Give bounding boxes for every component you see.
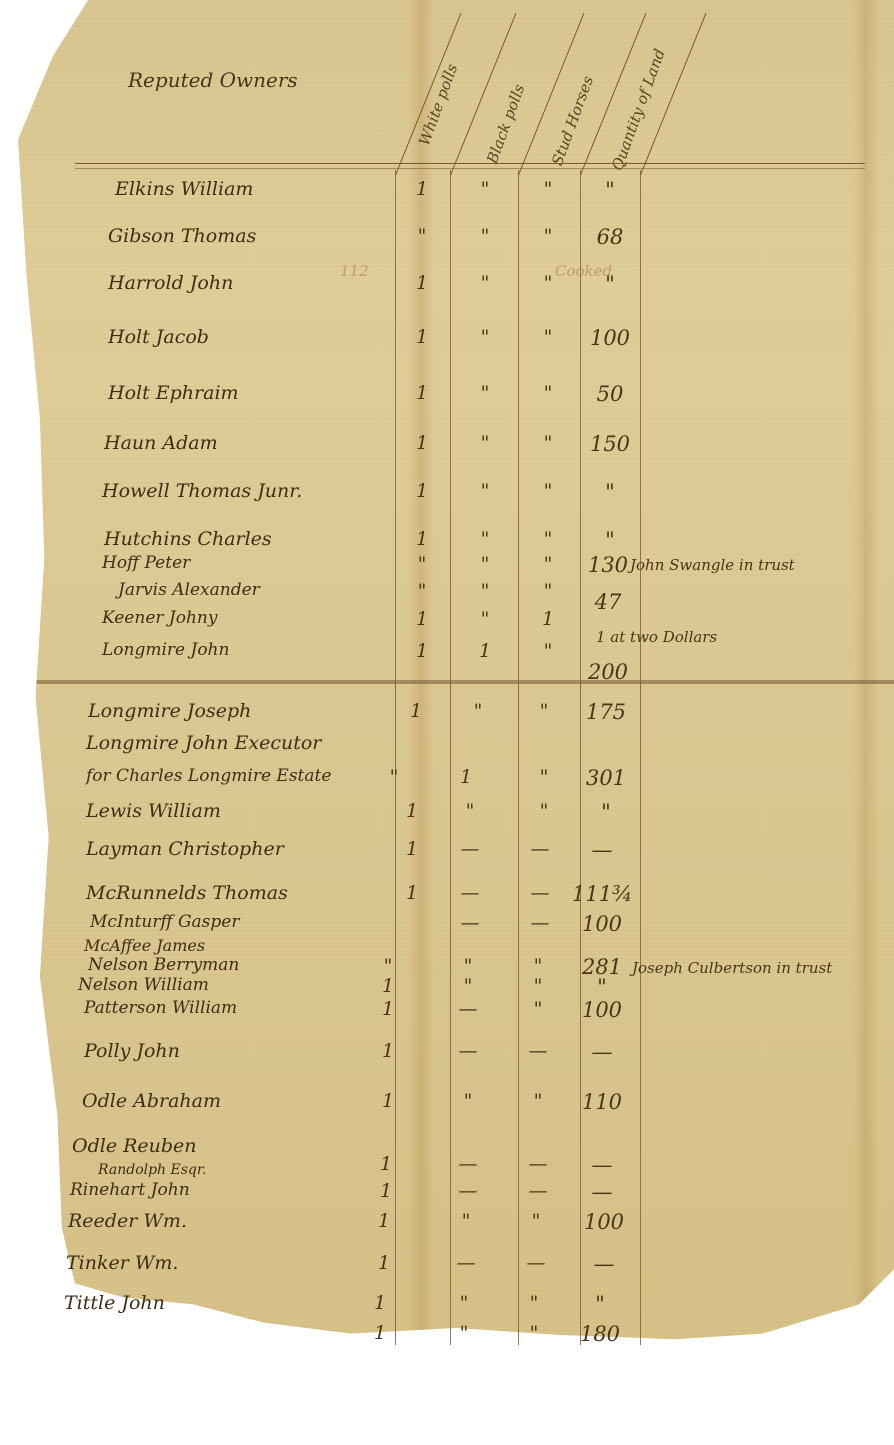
stud-horses: " <box>528 640 568 662</box>
stud-horses: — <box>518 1180 558 1202</box>
land-quantity: 200 <box>578 660 638 684</box>
land-quantity: " <box>580 480 640 504</box>
stud-horses: " <box>514 1322 554 1344</box>
owner-name: Harrold John <box>108 272 233 294</box>
land-quantity: 301 <box>576 766 636 790</box>
white-polls: " <box>374 766 414 788</box>
black-polls: " <box>465 272 505 294</box>
white-polls: 1 <box>360 1322 400 1344</box>
white-polls: 1 <box>402 432 442 454</box>
owner-name: Patterson William <box>84 998 237 1018</box>
black-polls: — <box>448 998 488 1020</box>
owner-name: Hutchins Charles <box>104 528 272 550</box>
land-quantity: " <box>572 975 632 999</box>
ledger-row: Reeder Wm. 1 " " 100 <box>0 1210 894 1240</box>
black-polls: " <box>448 975 488 997</box>
white-polls: 1 <box>402 178 442 200</box>
black-polls: — <box>446 1252 486 1274</box>
owner-name: Layman Christopher <box>86 838 284 860</box>
black-polls: " <box>465 608 505 630</box>
land-quantity: 100 <box>574 1210 634 1234</box>
stud-horses: — <box>520 912 560 934</box>
owner-name: Rinehart John <box>70 1180 190 1200</box>
black-polls: " <box>465 382 505 404</box>
black-polls: " <box>444 1322 484 1344</box>
owner-name: McRunnelds Thomas <box>86 882 288 904</box>
stud-horses: " <box>528 553 568 575</box>
stud-horses: — <box>520 882 560 904</box>
stud-horses: " <box>528 382 568 404</box>
black-polls: " <box>444 1292 484 1314</box>
black-polls: 1 <box>465 640 505 662</box>
title-reputed-owners: Reputed Owners <box>128 68 298 92</box>
ledger-row: Odle Abraham 1 " " 110 <box>0 1090 894 1120</box>
white-polls: 1 <box>360 1292 400 1314</box>
land-quantity: 130 <box>578 553 638 577</box>
land-quantity: 100 <box>580 326 640 350</box>
ledger-row: Hoff Peter " " " 130 John Swangle in tru… <box>0 553 894 583</box>
white-polls: 1 <box>402 326 442 348</box>
black-polls: " <box>448 955 488 977</box>
ledger-row: Tinker Wm. 1 — — — <box>0 1252 894 1282</box>
ledger-row: Keener Johny 1 " 1 1 at two Dollars <box>0 608 894 638</box>
ledger-row: Holt Jacob 1 " " 100 <box>0 326 894 356</box>
white-polls: 1 <box>364 1252 404 1274</box>
ledger-row: McRunnelds Thomas 1 — — 111¾ <box>0 882 894 912</box>
owner-name: Polly John <box>84 1040 180 1062</box>
stud-horses: " <box>528 432 568 454</box>
black-polls: " <box>465 580 505 602</box>
ledger-row: Rinehart John 1 — — — <box>0 1180 894 1210</box>
stud-horses: — <box>516 1252 556 1274</box>
white-polls: 1 <box>366 1180 406 1202</box>
stud-horses: " <box>528 580 568 602</box>
ledger-row: Gibson Thomas " " " 68 <box>0 225 894 255</box>
owner-name: Holt Jacob <box>108 326 209 348</box>
owner-name: Longmire Joseph <box>88 700 251 722</box>
white-polls: 1 <box>364 1210 404 1232</box>
black-polls: — <box>450 838 490 860</box>
white-polls: 1 <box>402 480 442 502</box>
black-polls: " <box>465 553 505 575</box>
owner-name: Lewis William <box>86 800 221 822</box>
ledger-row: for Charles Longmire Estate " 1 " 301 <box>0 766 894 796</box>
stud-horses: " <box>528 326 568 348</box>
ledger-row: Polly John 1 — — — <box>0 1040 894 1070</box>
land-quantity: — <box>572 838 632 862</box>
owner-name: Reeder Wm. <box>68 1210 187 1232</box>
white-polls: 1 <box>392 800 432 822</box>
horizontal-fold <box>18 680 894 684</box>
white-polls: " <box>402 580 442 602</box>
white-polls: " <box>368 955 408 977</box>
trust-note: John Swangle in trust <box>630 556 795 574</box>
white-polls: 1 <box>402 608 442 630</box>
owner-name: Odle Reuben <box>72 1135 197 1157</box>
stud-horses: " <box>528 528 568 550</box>
white-polls: 1 <box>396 700 436 722</box>
black-polls: 1 <box>446 766 486 788</box>
land-quantity: — <box>572 1180 632 1204</box>
black-polls: " <box>448 1090 488 1112</box>
stud-horses: " <box>518 998 558 1020</box>
white-polls: 1 <box>402 640 442 662</box>
owner-name: Howell Thomas Junr. <box>102 480 302 502</box>
black-polls: " <box>446 1210 486 1232</box>
stud-horses: " <box>528 178 568 200</box>
land-quantity: " <box>580 178 640 202</box>
ledger-row: Patterson William 1 — " 100 <box>0 998 894 1028</box>
ledger-row: Holt Ephraim 1 " " 50 <box>0 382 894 412</box>
header-rule <box>75 163 865 164</box>
black-polls: " <box>465 326 505 348</box>
owner-name: for Charles Longmire Estate <box>86 766 331 786</box>
black-polls: " <box>465 225 505 247</box>
land-quantity: — <box>572 1040 632 1064</box>
ledger-row: Elkins William 1 " " " <box>0 178 894 208</box>
white-polls: 1 <box>368 998 408 1020</box>
stud-horses: " <box>528 225 568 247</box>
black-polls: " <box>465 178 505 200</box>
black-polls: — <box>448 1180 488 1202</box>
owner-name: Jarvis Alexander <box>118 580 260 600</box>
land-quantity: 175 <box>576 700 636 724</box>
white-polls: 1 <box>392 838 432 860</box>
owner-name: Tittle John <box>64 1292 165 1314</box>
white-polls: 1 <box>368 1090 408 1112</box>
white-polls: 1 <box>402 528 442 550</box>
owner-name: Gibson Thomas <box>108 225 256 247</box>
land-quantity: — <box>574 1252 634 1276</box>
owner-name: Elkins William <box>115 178 253 200</box>
owner-name: Longmire John Executor <box>86 732 321 754</box>
ledger-row: Jarvis Alexander " " " 47 <box>0 580 894 610</box>
stud-horses: " <box>518 975 558 997</box>
stud-horses: " <box>524 800 564 822</box>
owner-name: Holt Ephraim <box>108 382 239 404</box>
white-polls: 1 <box>402 382 442 404</box>
land-quantity: 111¾ <box>572 882 632 906</box>
stud-horses: " <box>516 1210 556 1232</box>
owner-name: Hoff Peter <box>102 553 190 573</box>
land-quantity: 110 <box>572 1090 632 1114</box>
stud-horses: 1 <box>528 608 568 630</box>
land-quantity: " <box>576 800 636 824</box>
stud-horses: " <box>524 700 564 722</box>
white-polls: 1 <box>392 882 432 904</box>
black-polls: " <box>465 528 505 550</box>
ledger-row: Harrold John 1 " " " <box>0 272 894 302</box>
stud-horses: " <box>528 272 568 294</box>
owner-name: McInturff Gasper <box>90 912 239 932</box>
owner-name: Tinker Wm. <box>66 1252 178 1274</box>
black-polls: " <box>450 800 490 822</box>
ledger-row: Odle Reuben 1 — — — <box>0 1135 894 1165</box>
stud-horses: " <box>518 955 558 977</box>
stud-horses: " <box>518 1090 558 1112</box>
ledger-row: Longmire John 1 1 " 200 <box>0 640 894 670</box>
stud-horses: — <box>520 838 560 860</box>
owner-name: Keener Johny <box>102 608 217 628</box>
ledger-row: Tittle John 1 " " " <box>0 1292 894 1322</box>
stud-horses: " <box>528 480 568 502</box>
white-polls: " <box>402 225 442 247</box>
land-quantity: 180 <box>570 1322 630 1346</box>
black-polls: " <box>465 480 505 502</box>
land-quantity: " <box>580 272 640 296</box>
owner-name: McAffee James <box>84 936 205 955</box>
owner-name: Nelson Berryman <box>88 955 239 975</box>
land-quantity: 100 <box>572 912 632 936</box>
stud-horses: — <box>518 1040 558 1062</box>
ledger-row: Howell Thomas Junr. 1 " " " <box>0 480 894 510</box>
owner-name: Odle Abraham <box>82 1090 221 1112</box>
ledger-row: Longmire Joseph 1 " " 175 <box>0 700 894 730</box>
owner-name: Haun Adam <box>104 432 218 454</box>
white-polls: " <box>402 553 442 575</box>
white-polls: 1 <box>368 975 408 997</box>
land-quantity: 50 <box>580 382 640 406</box>
white-polls: 1 <box>368 1040 408 1062</box>
black-polls: " <box>465 432 505 454</box>
black-polls: — <box>448 1040 488 1062</box>
header-rule <box>75 168 865 169</box>
owner-name: Longmire John <box>102 640 229 660</box>
stud-horses: " <box>514 1292 554 1314</box>
land-quantity: " <box>580 528 640 552</box>
black-polls: — <box>450 912 490 934</box>
ledger-row: 1 " " 180 <box>0 1322 894 1352</box>
ledger-row: Layman Christopher 1 — — — <box>0 838 894 868</box>
owner-name: Randolph Esqr. <box>98 1162 207 1178</box>
ledger-row: Longmire John Executor <box>0 732 894 762</box>
black-polls: — <box>450 882 490 904</box>
ledger-row: Haun Adam 1 " " 150 <box>0 432 894 462</box>
land-quantity: 68 <box>580 225 640 249</box>
land-quantity: 100 <box>572 998 632 1022</box>
owner-name: Nelson William <box>78 975 209 995</box>
white-polls: 1 <box>402 272 442 294</box>
land-quantity: 150 <box>580 432 640 456</box>
black-polls: " <box>458 700 498 722</box>
land-quantity: " <box>570 1292 630 1316</box>
stud-horses: " <box>524 766 564 788</box>
ledger-row: Lewis William 1 " " " <box>0 800 894 830</box>
